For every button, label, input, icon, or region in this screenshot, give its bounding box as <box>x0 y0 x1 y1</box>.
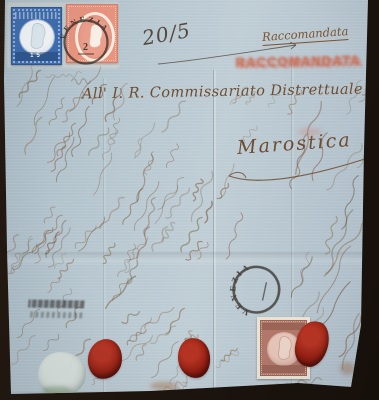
photo-of-postal-cover: 15 VENEZIA 2 RACCOMANDATA 20/5 <box>0 0 379 400</box>
photo-vignette <box>0 0 379 400</box>
paper-edge-shadow <box>0 390 379 400</box>
folded-letter-cover: 15 VENEZIA 2 RACCOMANDATA 20/5 <box>0 0 379 400</box>
